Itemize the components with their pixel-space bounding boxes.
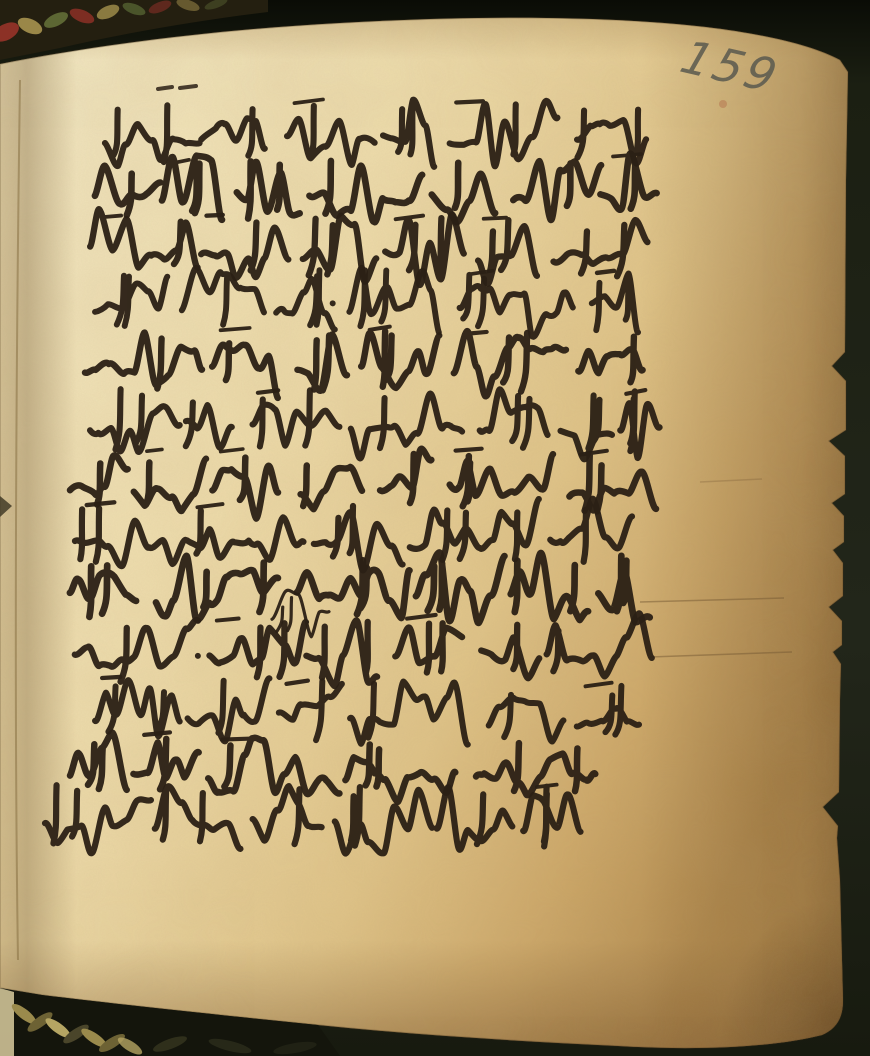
manuscript-scene — [0, 0, 870, 1056]
manuscript-photo: 159 — [0, 0, 870, 1056]
